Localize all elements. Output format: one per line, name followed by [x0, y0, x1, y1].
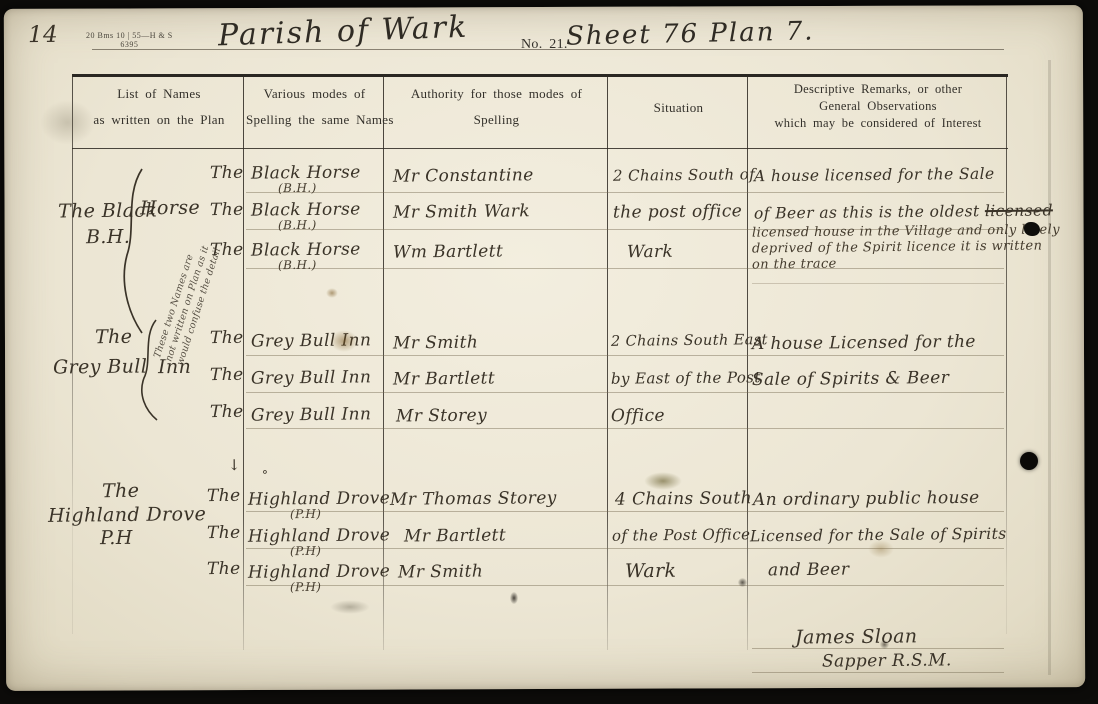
remark-line: An ordinary public house	[753, 488, 980, 510]
authority: Mr Smith	[393, 333, 478, 354]
ruled-line	[246, 355, 1004, 356]
entry-name: The	[102, 480, 140, 502]
table-right-border	[1006, 74, 1007, 634]
situation-line: Wark	[627, 242, 673, 262]
surveyor-signature: James Sloan	[795, 625, 918, 648]
authority: Mr Constantine	[393, 165, 534, 186]
authority: Mr Thomas Storey	[390, 488, 557, 510]
table-header-separator	[72, 148, 1008, 149]
entry-name: The	[95, 326, 133, 348]
entry-name: Horse	[140, 197, 200, 220]
remark-line: Licensed for the Sale of Spirits	[750, 525, 1007, 546]
authority: Mr Smith	[398, 562, 483, 583]
number-label: No. 21.	[521, 37, 568, 53]
authority: Mr Smith Wark	[393, 201, 530, 222]
remark-line: on the trace	[752, 257, 837, 273]
spelling-abbrev: (B.H.)	[278, 258, 317, 272]
spelling-entry: Grey Bull Inn	[251, 404, 372, 425]
ruled-line	[752, 672, 1004, 673]
spelling-abbrev: (P.H)	[290, 507, 321, 521]
authority: Wm Bartlett	[393, 241, 503, 262]
situation-line: Wark	[625, 560, 677, 583]
authority: Mr Storey	[396, 406, 487, 427]
hole-punch	[1020, 452, 1038, 470]
spelling-entry: Grey Bull Inn	[251, 330, 372, 351]
situation-line: Office	[611, 406, 665, 427]
entry-name-abbrev: P.H	[100, 527, 133, 549]
entry-name: Grey Bull	[53, 356, 147, 379]
scanned-document-page: 14 20 Bms 10 | 55—H & S 6395 Parish of W…	[0, 0, 1098, 704]
column-header-remarks-1: Descriptive Remarks, or other	[750, 82, 1006, 97]
paper-crease	[1048, 60, 1051, 675]
situation-line: 4 Chains South	[615, 488, 752, 509]
column-header-spelling-1: Various modes of	[246, 86, 383, 102]
ruled-line	[246, 192, 1004, 193]
column-header-authority-2: Spelling	[386, 112, 607, 128]
ruled-line	[246, 511, 1004, 512]
situation-line: the post office	[613, 201, 742, 222]
spelling-abbrev: (P.H)	[290, 544, 321, 558]
column-header-remarks-3: which may be considered of Interest	[750, 116, 1006, 131]
situation-line: 2 Chains South of	[613, 165, 755, 184]
spelling-abbrev: (P.H)	[290, 580, 321, 594]
remark-line: and Beer	[768, 560, 850, 581]
column-header-situation: Situation	[610, 100, 747, 116]
authority: Mr Bartlett	[404, 525, 506, 546]
table-left-border	[72, 74, 73, 634]
header-rule	[92, 49, 1004, 50]
sheet-plan-title: Sheet 76 Plan 7.	[566, 16, 815, 51]
article: The	[210, 240, 244, 260]
remark-line: A house licensed for the Sale	[754, 165, 995, 186]
article: The	[207, 486, 241, 506]
printer-code-line2: 6395	[86, 40, 173, 49]
spelling-entry: Grey Bull Inn	[251, 367, 372, 388]
article: The	[210, 365, 244, 385]
column-divider-1	[243, 74, 244, 650]
article: The	[210, 200, 244, 220]
column-header-remarks-2: General Observations	[750, 99, 1006, 114]
article: The	[207, 523, 241, 543]
entry-name: Highland Drove	[48, 503, 206, 527]
ruled-line	[246, 548, 1004, 549]
remark-line: of Beer as this is the oldest licensed	[754, 201, 1053, 222]
brace-mark	[138, 318, 162, 422]
column-header-authority-1: Authority for those modes of	[386, 86, 607, 102]
ruled-line	[246, 428, 1004, 429]
ruled-line	[246, 585, 1004, 586]
degree-mark: °	[262, 468, 269, 482]
table-top-border	[72, 74, 1008, 77]
ruled-line	[752, 283, 1004, 284]
ink-blot	[1024, 222, 1040, 236]
remark-line: Sale of Spirits & Beer	[752, 368, 949, 390]
column-divider-4	[747, 74, 748, 650]
situation-line: 2 Chains South East	[611, 332, 768, 350]
column-header-names-1: List of Names	[75, 86, 243, 102]
ruled-line	[246, 392, 1004, 393]
surveyor-rank: Sapper R.S.M.	[822, 650, 952, 671]
authority: Mr Bartlett	[393, 368, 495, 389]
article: The	[210, 163, 244, 183]
spelling-abbrev: (B.H.)	[278, 218, 317, 232]
ruled-line	[246, 268, 1004, 269]
remark-line: deprived of the Spirit licence it is wri…	[752, 238, 1043, 256]
article: The	[210, 328, 244, 348]
struck-word: licensed	[985, 201, 1053, 220]
article: The	[210, 402, 244, 422]
column-header-spelling-2: Spelling the same Names	[246, 112, 383, 128]
column-divider-3	[607, 74, 608, 650]
remark-line: A house Licensed for the	[752, 332, 976, 354]
article: The	[207, 559, 241, 579]
brace-mark	[120, 167, 148, 337]
situation-line: of the Post Office	[612, 525, 751, 544]
column-header-names-2: as written on the Plan	[75, 112, 243, 128]
printer-code: 20 Bms 10 | 55—H & S 6395	[86, 31, 173, 49]
entry-name-suffix: Inn	[158, 356, 191, 378]
arrow-down-mark: ↓	[228, 456, 241, 474]
spelling-abbrev: (B.H.)	[278, 181, 317, 195]
situation-line: by East of the Post	[611, 368, 761, 388]
ruled-line	[752, 648, 1004, 649]
printer-code-line1: 20 Bms 10 | 55—H & S	[86, 31, 173, 40]
folio-number: 14	[28, 22, 58, 48]
